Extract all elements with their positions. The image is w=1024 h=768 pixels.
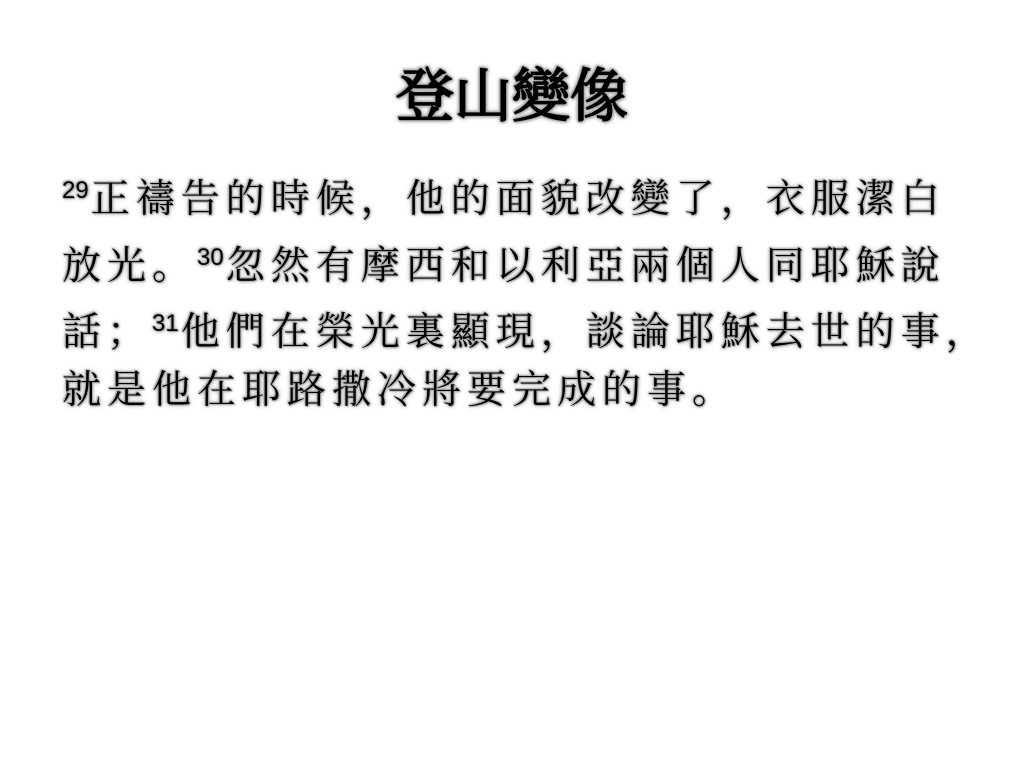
verse-number-29: 29 [62, 177, 89, 204]
verse-number-30: 30 [197, 244, 224, 271]
verse-text: 放光。 [62, 244, 197, 289]
slide-title: 登山變像 [0, 58, 1024, 134]
passage-line-4: 就是他在耶路撒冷將要完成的事。 [62, 362, 1022, 420]
slide: 登山變像 29正禱告的時候，他的面貌改變了，衣服潔白 放光。30忽然有摩西和以利… [0, 0, 1024, 768]
passage-line-3: 話；31他們在榮光裏顯現，談論耶穌去世的事， [62, 295, 1022, 362]
verse-text: 就是他在耶路撒冷將要完成的事。 [62, 368, 737, 413]
verse-text: 話； [62, 310, 152, 355]
passage-line-2: 放光。30忽然有摩西和以利亞兩個人同耶穌說 [62, 229, 1022, 296]
verse-text: 他們在榮光裏顯現，談論耶穌去世的事， [181, 310, 991, 355]
passage-line-1: 29正禱告的時候，他的面貌改變了，衣服潔白 [62, 162, 1022, 229]
verse-number-31: 31 [152, 310, 179, 337]
verse-text: 正禱告的時候，他的面貌改變了，衣服潔白 [91, 177, 946, 222]
verse-text: 忽然有摩西和以利亞兩個人同耶穌說 [226, 244, 946, 289]
scripture-passage: 29正禱告的時候，他的面貌改變了，衣服潔白 放光。30忽然有摩西和以利亞兩個人同… [62, 162, 1022, 419]
